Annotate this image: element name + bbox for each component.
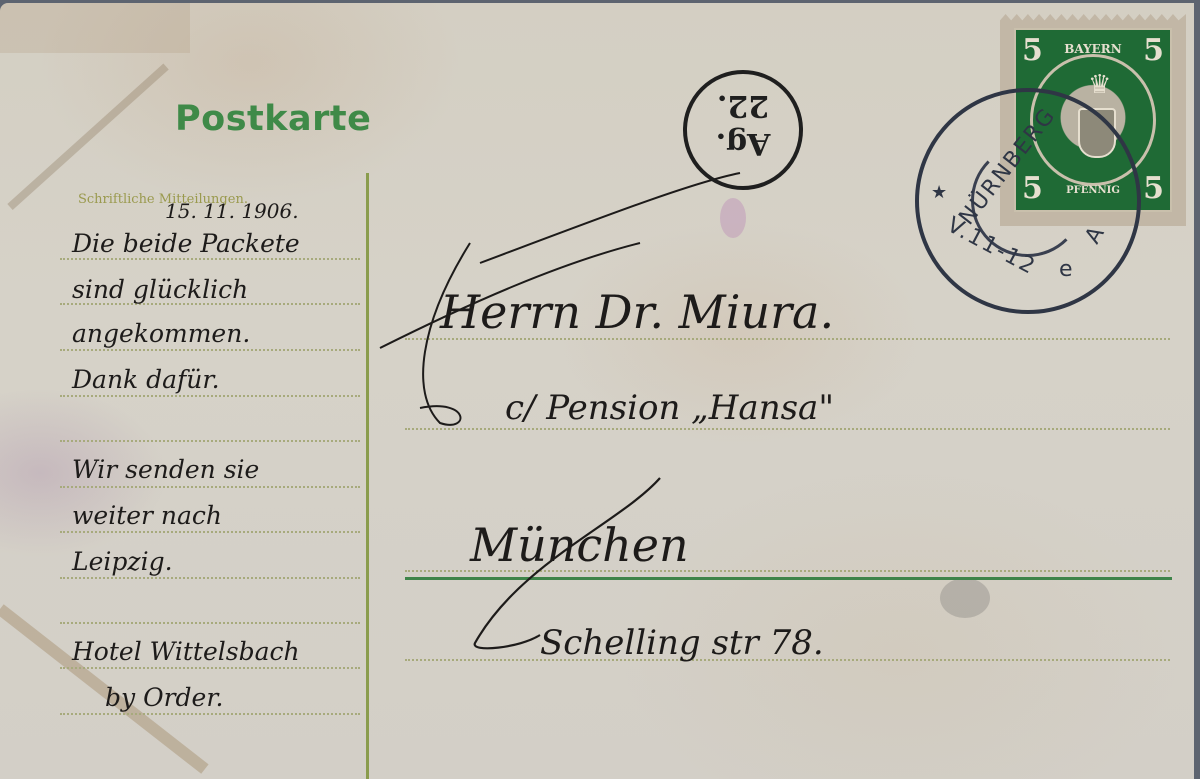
- postmark-letter: e: [1059, 257, 1075, 282]
- ruled-line: [60, 531, 360, 533]
- message-line: Leipzig.: [72, 547, 173, 576]
- star-icon: ★: [931, 182, 949, 203]
- message-line: by Order.: [105, 683, 223, 712]
- message-line: angekommen.: [72, 319, 250, 348]
- corner-fold-shade: [0, 3, 190, 53]
- ruled-line: [60, 713, 360, 715]
- arrival-postmark-day: 22.: [687, 88, 799, 123]
- address-line: [405, 428, 1170, 430]
- ruled-line: [60, 667, 360, 669]
- ruled-line: [60, 486, 360, 488]
- ruled-line: [60, 622, 360, 624]
- ruled-line: [60, 577, 360, 579]
- ruled-line: [60, 349, 360, 351]
- departure-postmark: NÜRNBERG ★ V.11-12 e A: [915, 88, 1141, 314]
- city-underline: [405, 577, 1172, 580]
- corner-fold-crease: [7, 64, 168, 210]
- postmark-suffix: A: [1080, 221, 1110, 248]
- arrival-postmark: 22. Ag.: [683, 70, 803, 190]
- crown-icon: ♛: [1088, 70, 1111, 100]
- ruled-line: [60, 440, 360, 442]
- message-line: Dank dafür.: [72, 365, 220, 394]
- message-line: Hotel Wittelsbach: [72, 637, 300, 666]
- recipient-city: München: [470, 518, 689, 572]
- care-of-line: c/ Pension „Hansa": [505, 388, 834, 428]
- vertical-divider: [366, 173, 369, 779]
- violet-stain: [720, 198, 746, 238]
- message-line: sind glücklich: [72, 275, 248, 304]
- ruled-line: [60, 395, 360, 397]
- ruled-line: [60, 258, 360, 260]
- message-line: Die beide Packete: [72, 229, 300, 258]
- message-line: Wir senden sie: [72, 455, 259, 484]
- recipient-street: Schelling str 78.: [540, 623, 824, 663]
- recipient-name: Herrn Dr. Miura.: [440, 285, 834, 339]
- postcard: Postkarte Schriftliche Mitteilungen. 15.…: [0, 3, 1194, 779]
- stamp-country: BAYERN: [1016, 42, 1170, 56]
- arrival-postmark-code: Ag.: [687, 126, 799, 161]
- ink-smudge: [940, 578, 990, 618]
- message-line: weiter nach: [72, 501, 222, 530]
- postcard-title: Postkarte: [175, 99, 371, 139]
- message-date: 15. 11. 1906.: [165, 199, 299, 223]
